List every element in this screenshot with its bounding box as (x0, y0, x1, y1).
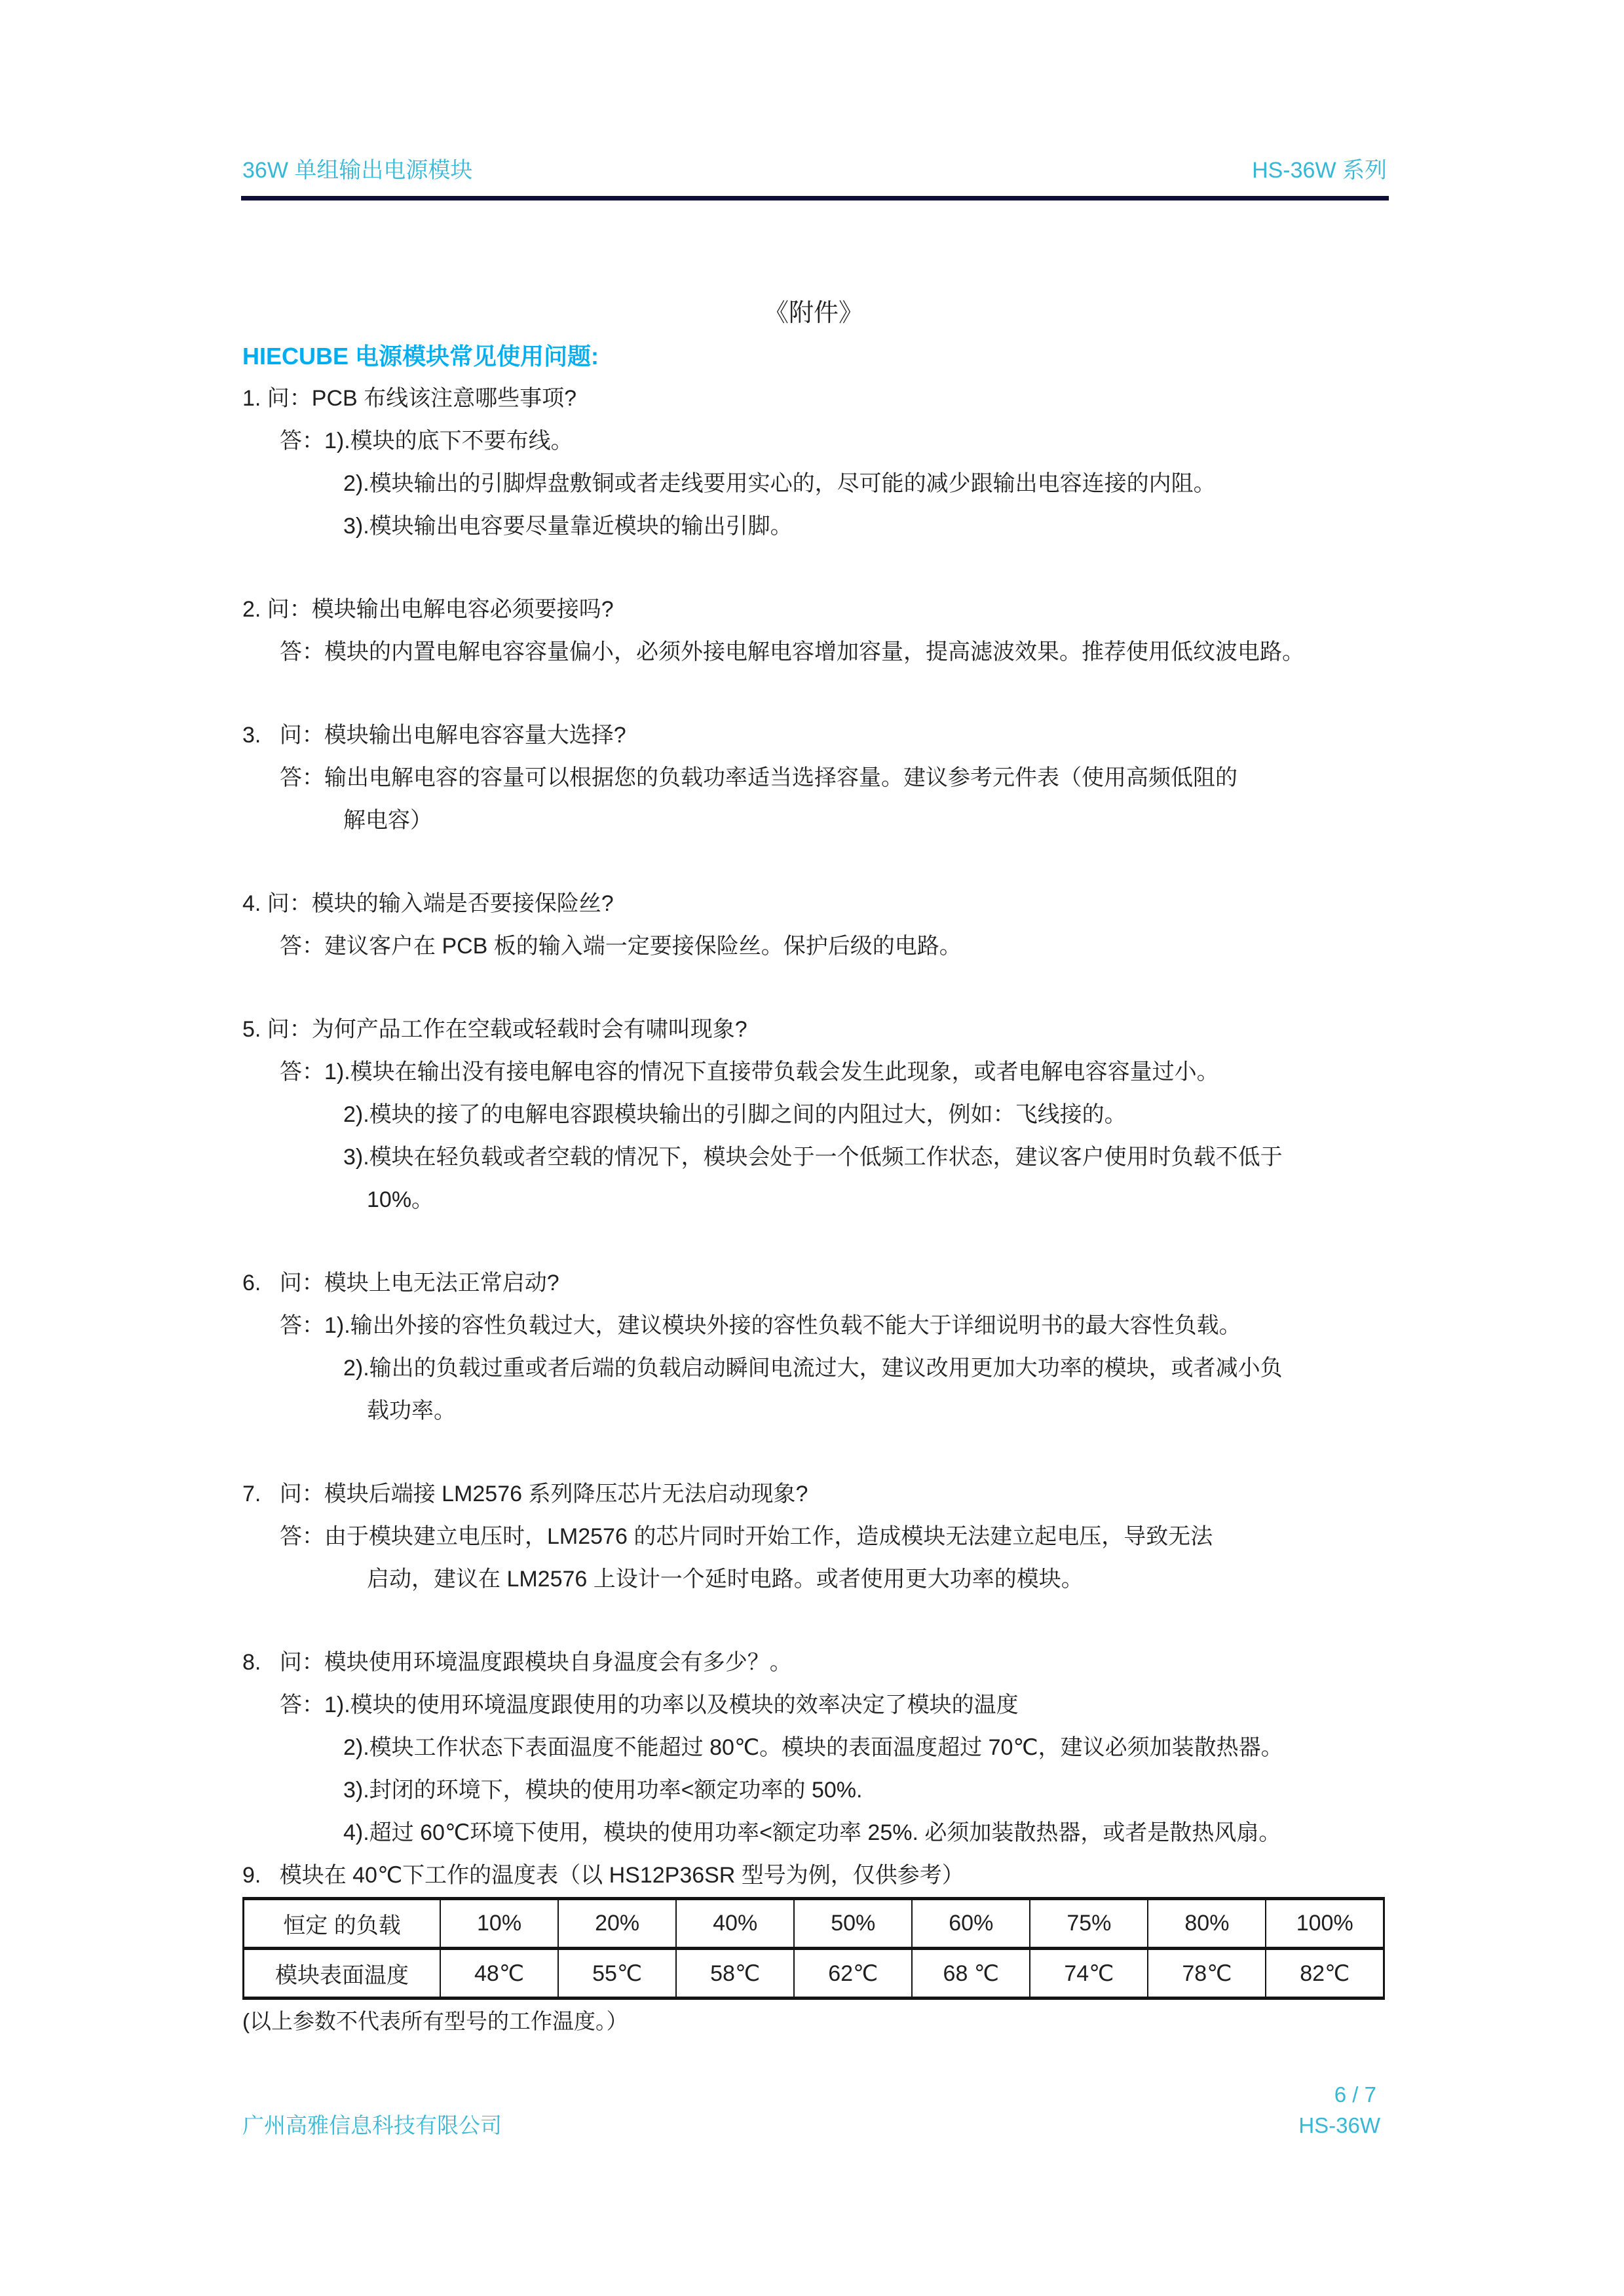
document-body: 《附件》 HIECUBE 电源模块常见使用问题: 1. 问：PCB 布线该注意哪… (242, 292, 1385, 2042)
answer-line: 2).输出的负载过重或者后端的负载启动瞬间电流过大，建议改用更加大功率的模块，或… (242, 1347, 1385, 1390)
table-cell: 10% (440, 1899, 558, 1949)
table-cell: 78℃ (1148, 1949, 1266, 1999)
answer-line: 2).模块输出的引脚焊盘敷铜或者走线要用实心的，尽可能的减少跟输出电容连接的内阻… (242, 463, 1385, 505)
table-cell: 60% (912, 1899, 1030, 1949)
question-line: 8. 问：模块使用环境温度跟模块自身温度会有多少？。 (242, 1641, 1385, 1684)
table-cell: 58℃ (676, 1949, 794, 1999)
question-line: 2. 问：模块输出电解电容必须要接吗? (242, 588, 1385, 631)
answer-line: 启动，建议在 LM2576 上设计一个延时电路。或者使用更大功率的模块。 (242, 1558, 1385, 1601)
answer-line: 答：1).模块的底下不要布线。 (242, 420, 1385, 463)
temperature-table: 恒定 的负载 10% 20% 40% 50% 60% 75% 80% 100% … (242, 1897, 1385, 2000)
question-line: 5. 问：为何产品工作在空载或轻载时会有啸叫现象? (242, 1008, 1385, 1051)
faq-item-9: 9. 模块在 40℃下工作的温度表（以 HS12P36SR 型号为例，仅供参考） (242, 1854, 1385, 1897)
table-row: 模块表面温度 48℃ 55℃ 58℃ 62℃ 68 ℃ 74℃ 78℃ 82℃ (244, 1949, 1384, 1999)
faq-item-1: 1. 问：PCB 布线该注意哪些事项? 答：1).模块的底下不要布线。 2).模… (242, 377, 1385, 548)
answer-line: 2).模块工作状态下表面温度不能超过 80℃。模块的表面温度超过 70℃，建议必… (242, 1727, 1385, 1769)
table-header-cell: 模块表面温度 (244, 1949, 441, 1999)
question-line: 1. 问：PCB 布线该注意哪些事项? (242, 377, 1385, 420)
footer-series: HS-36W (1298, 2111, 1380, 2140)
answer-line: 3).模块在轻负载或者空载的情况下，模块会处于一个低频工作状态，建议客户使用时负… (242, 1136, 1385, 1179)
faq-item-6: 6. 问：模块上电无法正常启动? 答：1).输出外接的容性负载过大，建议模块外接… (242, 1262, 1385, 1432)
table-cell: 74℃ (1030, 1949, 1148, 1999)
page-title: 《附件》 (242, 292, 1385, 335)
faq-item-8: 8. 问：模块使用环境温度跟模块自身温度会有多少？。 答：1).模块的使用环境温… (242, 1641, 1385, 1854)
faq-item-5: 5. 问：为何产品工作在空载或轻载时会有啸叫现象? 答：1).模块在输出没有接电… (242, 1008, 1385, 1221)
faq-item-2: 2. 问：模块输出电解电容必须要接吗? 答：模块的内置电解电容容量偏小，必须外接… (242, 588, 1385, 674)
question-line: 4. 问：模块的输入端是否要接保险丝? (242, 883, 1385, 925)
table-cell: 48℃ (440, 1949, 558, 1999)
answer-line: 答：1).模块的使用环境温度跟使用的功率以及模块的效率决定了模块的温度 (242, 1684, 1385, 1727)
document-page: 36W 单组输出电源模块 HS-36W 系列 《附件》 HIECUBE 电源模块… (0, 0, 1624, 2296)
question-line: 6. 问：模块上电无法正常启动? (242, 1262, 1385, 1305)
table-cell: 68 ℃ (912, 1949, 1030, 1999)
answer-line: 答：模块的内置电解电容容量偏小，必须外接电解电容增加容量，提高滤波效果。推荐使用… (242, 631, 1385, 674)
answer-line: 4).超过 60℃环境下使用，模块的使用功率<额定功率 25%. 必须加装散热器… (242, 1812, 1385, 1854)
table-cell: 80% (1148, 1899, 1266, 1949)
answer-line: 3).封闭的环境下，模块的使用功率<额定功率的 50%. (242, 1769, 1385, 1812)
faq-item-7: 7. 问：模块后端接 LM2576 系列降压芯片无法启动现象? 答：由于模块建立… (242, 1473, 1385, 1601)
answer-line: 答：1).输出外接的容性负载过大，建议模块外接的容性负载不能大于详细说明书的最大… (242, 1305, 1385, 1347)
answer-line: 答：由于模块建立电压时，LM2576 的芯片同时开始工作，造成模块无法建立起电压… (242, 1516, 1385, 1558)
section-heading: HIECUBE 电源模块常见使用问题: (242, 335, 1385, 377)
table-cell: 50% (794, 1899, 912, 1949)
question-line: 7. 问：模块后端接 LM2576 系列降压芯片无法启动现象? (242, 1473, 1385, 1516)
table-cell: 82℃ (1266, 1949, 1384, 1999)
table-row: 恒定 的负载 10% 20% 40% 50% 60% 75% 80% 100% (244, 1899, 1384, 1949)
table-cell: 100% (1266, 1899, 1384, 1949)
header-divider (241, 196, 1389, 201)
faq-item-3: 3. 问：模块输出电解电容容量大选择? 答：输出电解电容的容量可以根据您的负载功… (242, 714, 1385, 842)
answer-line: 3).模块输出电容要尽量靠近模块的输出引脚。 (242, 505, 1385, 548)
question-line: 3. 问：模块输出电解电容容量大选择? (242, 714, 1385, 757)
header-left-title: 36W 单组输出电源模块 (242, 156, 472, 185)
answer-line: 载功率。 (242, 1390, 1385, 1432)
faq-item-4: 4. 问：模块的输入端是否要接保险丝? 答：建议客户在 PCB 板的输入端一定要… (242, 883, 1385, 968)
header-right-title: HS-36W 系列 (1252, 156, 1387, 185)
answer-line: 答：1).模块在输出没有接电解电容的情况下直接带负载会发生此现象，或者电解电容容… (242, 1051, 1385, 1094)
table-cell: 55℃ (558, 1949, 676, 1999)
table-cell: 62℃ (794, 1949, 912, 1999)
answer-line: 10%。 (242, 1179, 1385, 1221)
table-cell: 40% (676, 1899, 794, 1949)
answer-line: 2).模块的接了的电解电容跟模块输出的引脚之间的内阻过大，例如：飞线接的。 (242, 1094, 1385, 1136)
table-header-cell: 恒定 的负载 (244, 1899, 441, 1949)
page-number: 6 / 7 (1334, 2080, 1376, 2109)
answer-line: 答：建议客户在 PCB 板的输入端一定要接保险丝。保护后级的电路。 (242, 925, 1385, 968)
table-cell: 20% (558, 1899, 676, 1949)
question-line: 9. 模块在 40℃下工作的温度表（以 HS12P36SR 型号为例，仅供参考） (242, 1854, 1385, 1897)
table-cell: 75% (1030, 1899, 1148, 1949)
footer-company: 广州高雅信息科技有限公司 (242, 2111, 502, 2140)
table-note: (以上参数不代表所有型号的工作温度。） (242, 2000, 1385, 2042)
page-header: 36W 单组输出电源模块 HS-36W 系列 (242, 156, 1387, 185)
answer-line: 答：输出电解电容的容量可以根据您的负载功率适当选择容量。建议参考元件表（使用高频… (242, 757, 1385, 799)
answer-line: 解电容） (242, 799, 1385, 842)
